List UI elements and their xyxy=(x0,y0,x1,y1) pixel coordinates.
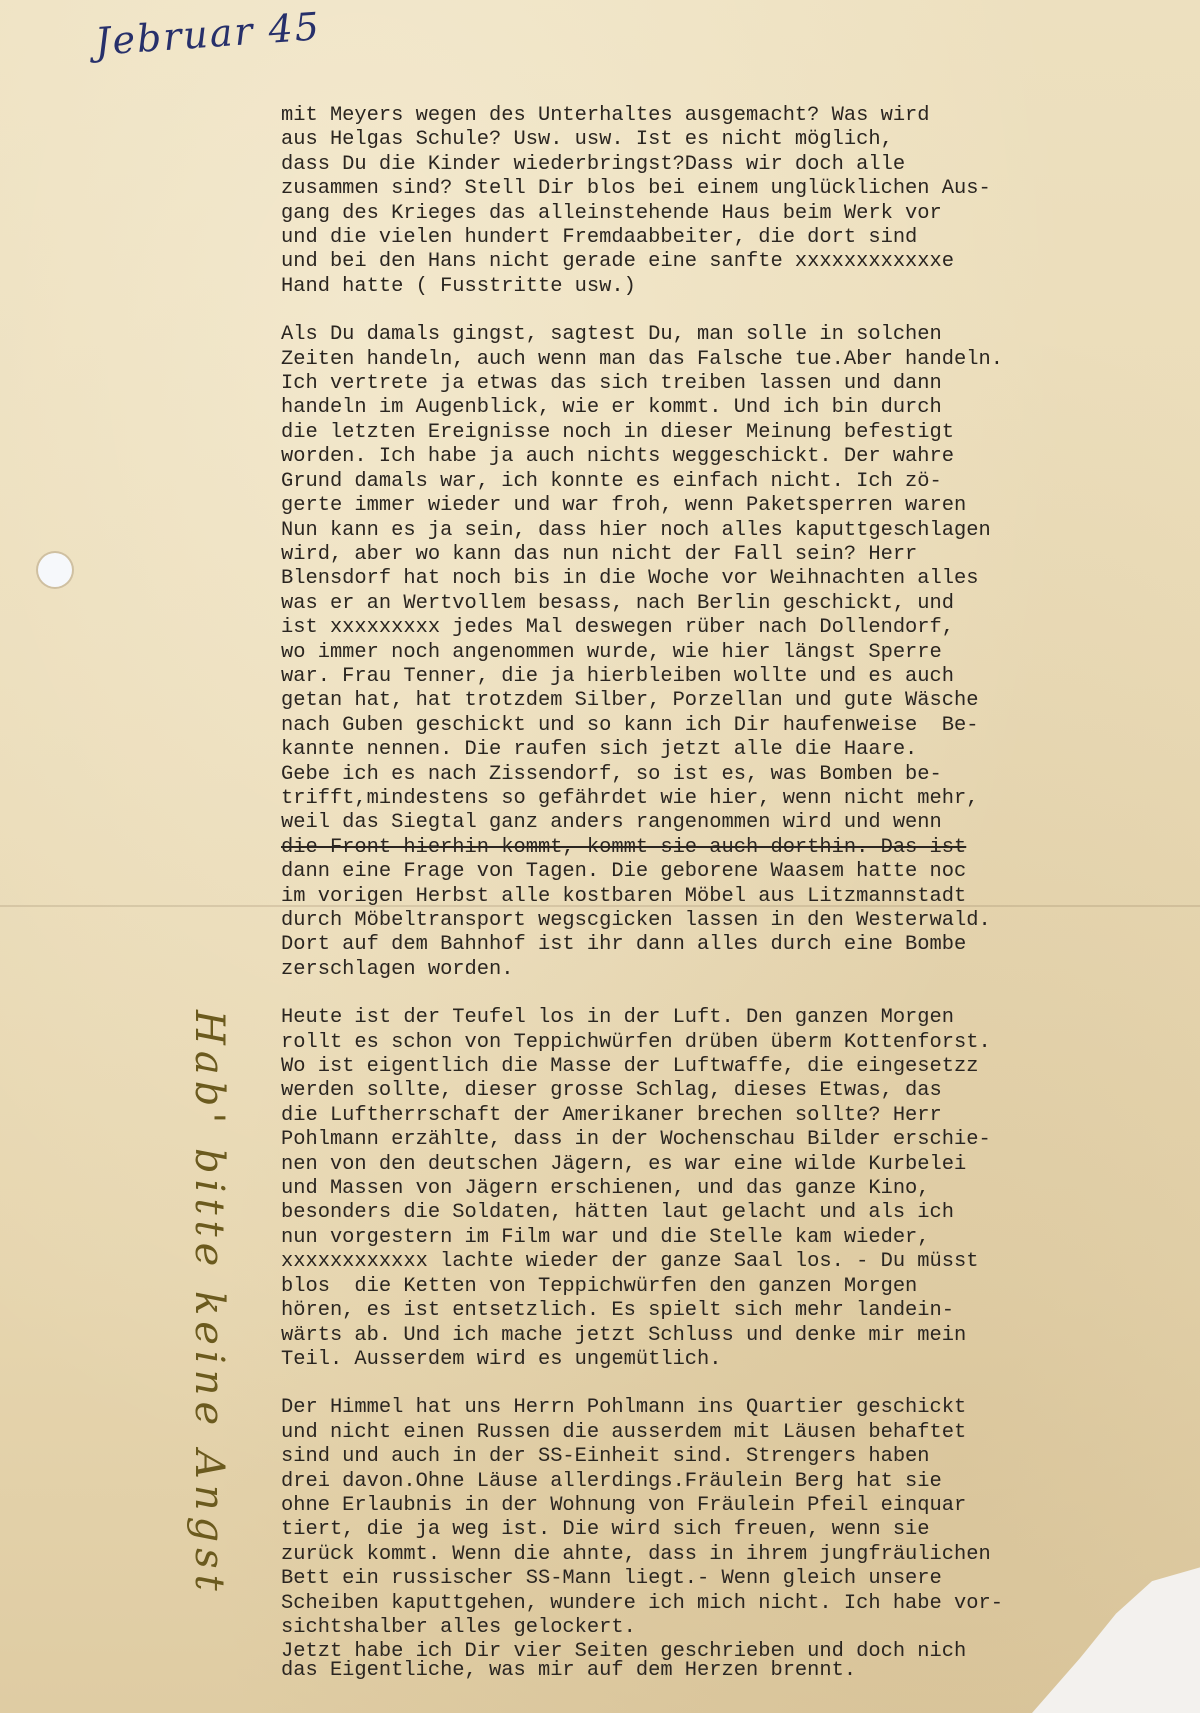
text-line: aus Helgas Schule? Usw. usw. Ist es nich… xyxy=(281,128,1181,152)
text-line: handeln im Augenblick, wie er kommt. Und… xyxy=(281,396,1181,420)
paragraph-3: Heute ist der Teufel los in der Luft. De… xyxy=(281,1006,1181,1372)
text-line: besonders die Soldaten, hätten laut gela… xyxy=(281,1201,1181,1225)
text-line: im vorigen Herbst alle kostbaren Möbel a… xyxy=(281,885,1181,909)
text-line: Der Himmel hat uns Herrn Pohlmann ins Qu… xyxy=(281,1396,1181,1420)
text-line: Teil. Ausserdem wird es ungemütlich. xyxy=(281,1348,1181,1372)
text-line: zusammen sind? Stell Dir blos bei einem … xyxy=(281,177,1181,201)
text-line: tiert, die ja weg ist. Die wird sich fre… xyxy=(281,1518,1181,1542)
text-line: ist xxxxxxxxx jedes Mal deswegen rüber n… xyxy=(281,616,1181,640)
text-line: worden. Ich habe ja auch nichts weggesch… xyxy=(281,445,1181,469)
text-line: Heute ist der Teufel los in der Luft. De… xyxy=(281,1006,1181,1030)
text-line: Zeiten handeln, auch wenn man das Falsch… xyxy=(281,348,1181,372)
text-line: wärts ab. Und ich mache jetzt Schluss un… xyxy=(281,1324,1181,1348)
paragraph-4: Der Himmel hat uns Herrn Pohlmann ins Qu… xyxy=(281,1396,1181,1683)
text-line: Nun kann es ja sein, dass hier noch alle… xyxy=(281,519,1181,543)
text-line: werden sollte, dieser grosse Schlag, die… xyxy=(281,1079,1181,1103)
paragraph-2: Als Du damals gingst, sagtest Du, man so… xyxy=(281,323,1181,982)
punch-hole xyxy=(38,553,72,587)
text-line: gerte immer wieder und war froh, wenn Pa… xyxy=(281,494,1181,518)
text-line: was er an Wertvollem besass, nach Berlin… xyxy=(281,592,1181,616)
text-line: gang des Krieges das alleinstehende Haus… xyxy=(281,202,1181,226)
text-line: sind und auch in der SS-Einheit sind. St… xyxy=(281,1445,1181,1469)
text-line: nen von den deutschen Jägern, es war ein… xyxy=(281,1153,1181,1177)
text-line: weil das Siegtal ganz anders rangenommen… xyxy=(281,811,1181,835)
text-line: die letzten Ereignisse noch in dieser Me… xyxy=(281,421,1181,445)
struck-text-line: die Front hierhin kommt, kommt sie auch … xyxy=(281,836,1181,860)
text-line: drei davon.Ohne Läuse allerdings.Fräulei… xyxy=(281,1470,1181,1494)
text-line: sichtshalber alles gelockert. xyxy=(281,1616,1181,1640)
letter-page: Jebruar 45 Hab' bitte keine Angst mit Me… xyxy=(0,0,1200,1713)
text-line: blos die Ketten von Teppichwürfen den ga… xyxy=(281,1275,1181,1299)
text-line: kannte nennen. Die raufen sich jetzt all… xyxy=(281,738,1181,762)
text-line: Bett ein russischer SS-Mann liegt.- Wenn… xyxy=(281,1567,1181,1591)
text-line: Hand hatte ( Fusstritte usw.) xyxy=(281,275,1181,299)
text-line: nun vorgestern im Film war und die Stell… xyxy=(281,1226,1181,1250)
text-line: Pohlmann erzählte, dass in der Wochensch… xyxy=(281,1128,1181,1152)
paragraph-1: mit Meyers wegen des Unterhaltes ausgema… xyxy=(281,104,1181,299)
text-line: das Eigentliche, was mir auf dem Herzen … xyxy=(281,1659,1181,1683)
text-line: trifft,mindestens so gefährdet wie hier,… xyxy=(281,787,1181,811)
text-line: nach Guben geschickt und so kann ich Dir… xyxy=(281,714,1181,738)
text-line: und Massen von Jägern erschienen, und da… xyxy=(281,1177,1181,1201)
text-line: Gebe ich es nach Zissendorf, so ist es, … xyxy=(281,763,1181,787)
text-line: mit Meyers wegen des Unterhaltes ausgema… xyxy=(281,104,1181,128)
text-line: war. Frau Tenner, die ja hierbleiben wol… xyxy=(281,665,1181,689)
text-line: wo immer noch angenommen wurde, wie hier… xyxy=(281,641,1181,665)
text-line: und die vielen hundert Fremdaabbeiter, d… xyxy=(281,226,1181,250)
text-line: Wo ist eigentlich die Masse der Luftwaff… xyxy=(281,1055,1181,1079)
text-line: und nicht einen Russen die ausserdem mit… xyxy=(281,1421,1181,1445)
text-line: hören, es ist entsetzlich. Es spielt sic… xyxy=(281,1299,1181,1323)
text-line: ohne Erlaubnis in der Wohnung von Fräule… xyxy=(281,1494,1181,1518)
text-line: Als Du damals gingst, sagtest Du, man so… xyxy=(281,323,1181,347)
text-line: wird, aber wo kann das nun nicht der Fal… xyxy=(281,543,1181,567)
text-line: und bei den Hans nicht gerade eine sanft… xyxy=(281,250,1181,274)
text-line: Dort auf dem Bahnhof ist ihr dann alles … xyxy=(281,933,1181,957)
text-line: dass Du die Kinder wiederbringst?Dass wi… xyxy=(281,153,1181,177)
text-line: Ich vertrete ja etwas das sich treiben l… xyxy=(281,372,1181,396)
text-line: die Luftherrschaft der Amerikaner breche… xyxy=(281,1104,1181,1128)
handwritten-date-note: Jebruar 45 xyxy=(94,4,322,64)
text-line: zurück kommt. Wenn die ahnte, dass in ih… xyxy=(281,1543,1181,1567)
text-line: rollt es schon von Teppichwürfen drüben … xyxy=(281,1031,1181,1055)
text-line: dann eine Frage von Tagen. Die geborene … xyxy=(281,860,1181,884)
text-line: getan hat, hat trotzdem Silber, Porzella… xyxy=(281,689,1181,713)
text-line: Blensdorf hat noch bis in die Woche vor … xyxy=(281,567,1181,591)
handwritten-margin-note: Hab' bitte keine Angst xyxy=(186,1010,232,1597)
text-line: Grund damals war, ich konnte es einfach … xyxy=(281,470,1181,494)
text-line: Scheiben kaputtgehen, wundere ich mich n… xyxy=(281,1592,1181,1616)
text-line: durch Möbeltransport wegscgicken lassen … xyxy=(281,909,1181,933)
text-line: xxxxxxxxxxxx lachte wieder der ganze Saa… xyxy=(281,1250,1181,1274)
typewritten-letter-body: mit Meyers wegen des Unterhaltes ausgema… xyxy=(281,104,1181,1683)
text-line: zerschlagen worden. xyxy=(281,958,1181,982)
